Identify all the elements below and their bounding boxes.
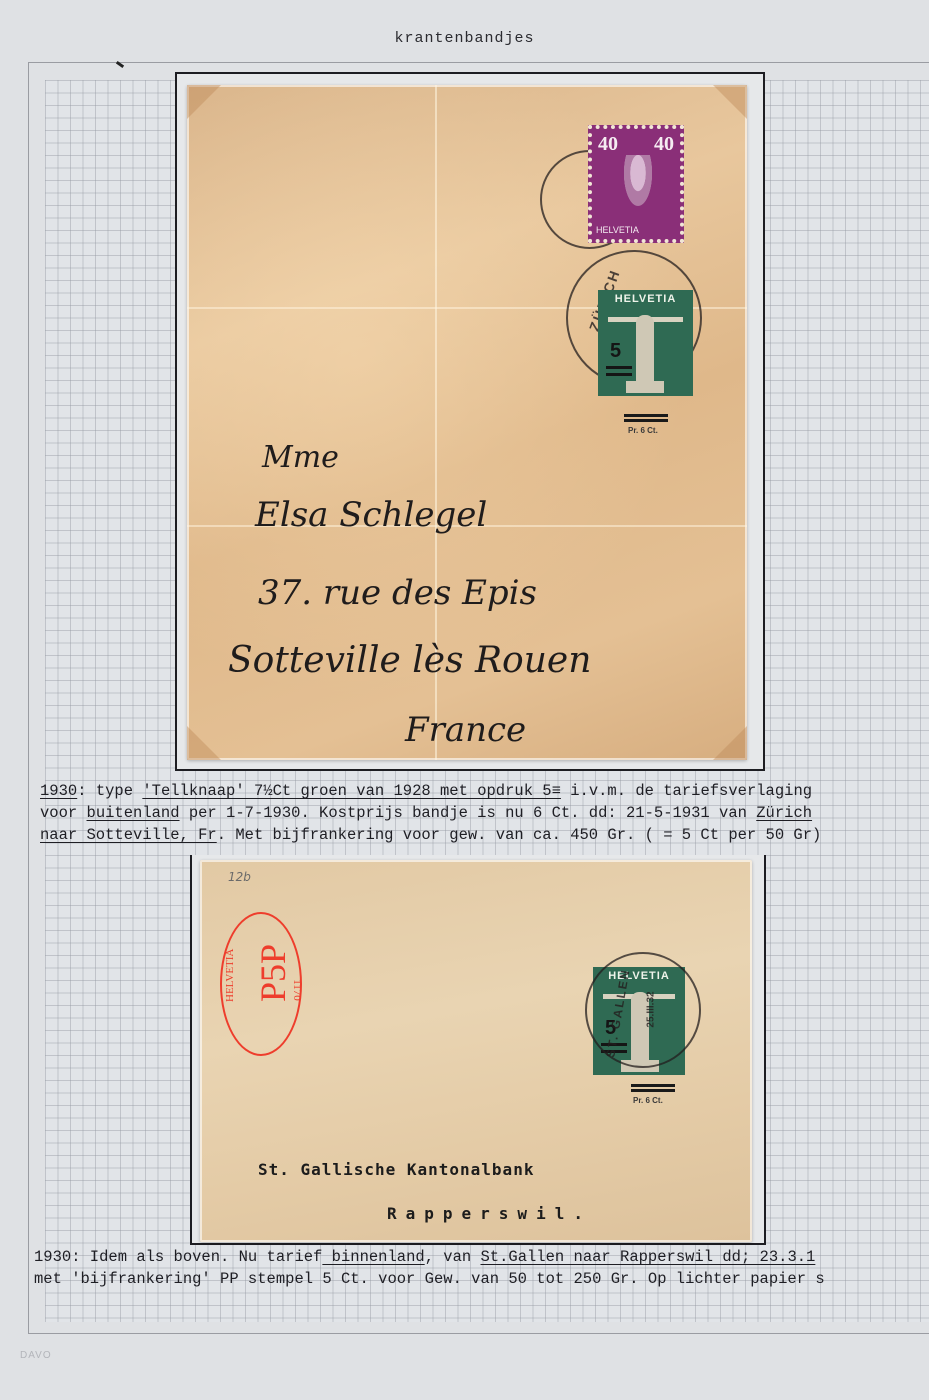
- address-line: Mme: [262, 440, 339, 475]
- address-line: Rapperswil.: [387, 1204, 592, 1223]
- obliteration-bars: [631, 1084, 675, 1092]
- address-line: Elsa Schlegel: [255, 495, 487, 535]
- address-line: 37. rue des Epis: [258, 573, 537, 613]
- caption-line: 1930: Idem als boven. Nu tarief binnenla…: [34, 1246, 825, 1268]
- underlined-text: Zürich: [756, 804, 812, 822]
- stamp-value: 40: [598, 133, 618, 156]
- underlined-text: 'Tellknaap' 7½Ct groen van 1928 met opdr…: [142, 782, 561, 800]
- underlined-text: naar Sotteville, Fr: [40, 826, 217, 844]
- caption-line: 1930: type 'Tellknaap' 7½Ct groen van 19…: [40, 780, 821, 802]
- caption-line: naar Sotteville, Fr. Met bijfrankering v…: [40, 824, 821, 846]
- adhesive-stamp-40: 40 40 HELVETIA: [588, 125, 684, 243]
- caption-text: met 'bijfrankering' PP stempel 5 Ct. voo…: [34, 1270, 825, 1288]
- stamp-country: HELVETIA: [596, 225, 639, 235]
- caption-line: voor buitenland per 1-7-1930. Kostprijs …: [40, 802, 821, 824]
- caption-2: 1930: Idem als boven. Nu tarief binnenla…: [34, 1246, 825, 1290]
- underlined-text: binnenland: [322, 1248, 424, 1266]
- price-text: Pr. 6 Ct.: [633, 1096, 663, 1105]
- underlined-text: St.Gallen naar Rapperswil dd; 23.3.1: [481, 1248, 816, 1266]
- postmark-st-gallen: ST. GALLEN 25.III.32: [585, 952, 701, 1068]
- postmark-date: 25.III.32: [646, 991, 657, 1027]
- photo-corner: [187, 85, 221, 119]
- pp-right-text: 1170: [291, 979, 303, 1001]
- caption-line: met 'bijfrankering' PP stempel 5 Ct. voo…: [34, 1268, 825, 1290]
- address-line: Sotteville lès Rouen: [228, 640, 591, 681]
- caption-text: i.v.m. de tariefsverlaging: [561, 782, 812, 800]
- surcharge-bars: [606, 366, 632, 376]
- caption-text: 1930: Idem als boven. Nu tarief: [34, 1248, 322, 1266]
- caption-1: 1930: type 'Tellknaap' 7½Ct groen van 19…: [40, 780, 821, 846]
- publisher-mark: DAVO: [20, 1350, 52, 1361]
- photo-corner: [713, 726, 747, 760]
- imprinted-stamp-1: HELVETIA 5: [598, 290, 693, 396]
- statue-base: [626, 381, 664, 393]
- underlined-text: buitenland: [87, 804, 180, 822]
- address-line: St. Gallische Kantonalbank: [258, 1160, 534, 1179]
- caption-text: . Met bijfrankering voor gew. van ca. 45…: [217, 826, 822, 844]
- caption-text: voor: [40, 804, 87, 822]
- surcharge-value: 5: [610, 340, 621, 363]
- pencil-note: 12b: [228, 870, 251, 884]
- pp-center-text: P5P: [252, 944, 294, 1002]
- photo-corner: [713, 85, 747, 119]
- caption-text: per 1-7-1930. Kostprijs bandje is nu 6 C…: [180, 804, 757, 822]
- address-line: France: [405, 710, 526, 750]
- caption-text: : type: [77, 782, 142, 800]
- price-text: Pr. 6 Ct.: [628, 426, 658, 435]
- caption-text: , van: [425, 1248, 481, 1266]
- page-title: krantenbandjes: [0, 30, 929, 47]
- obliteration-bars: [624, 414, 668, 422]
- photo-corner: [187, 726, 221, 760]
- pp-stamp: P5P HELVETIA 1170: [220, 912, 302, 1056]
- stamp-value: 40: [654, 133, 674, 156]
- postmark-text: ST. GALLEN: [603, 967, 632, 1058]
- underlined-text: 1930: [40, 782, 77, 800]
- stamp-country: HELVETIA: [598, 293, 693, 305]
- pp-left-text: HELVETIA: [224, 949, 236, 1002]
- helvetia-figure-icon: [620, 155, 656, 215]
